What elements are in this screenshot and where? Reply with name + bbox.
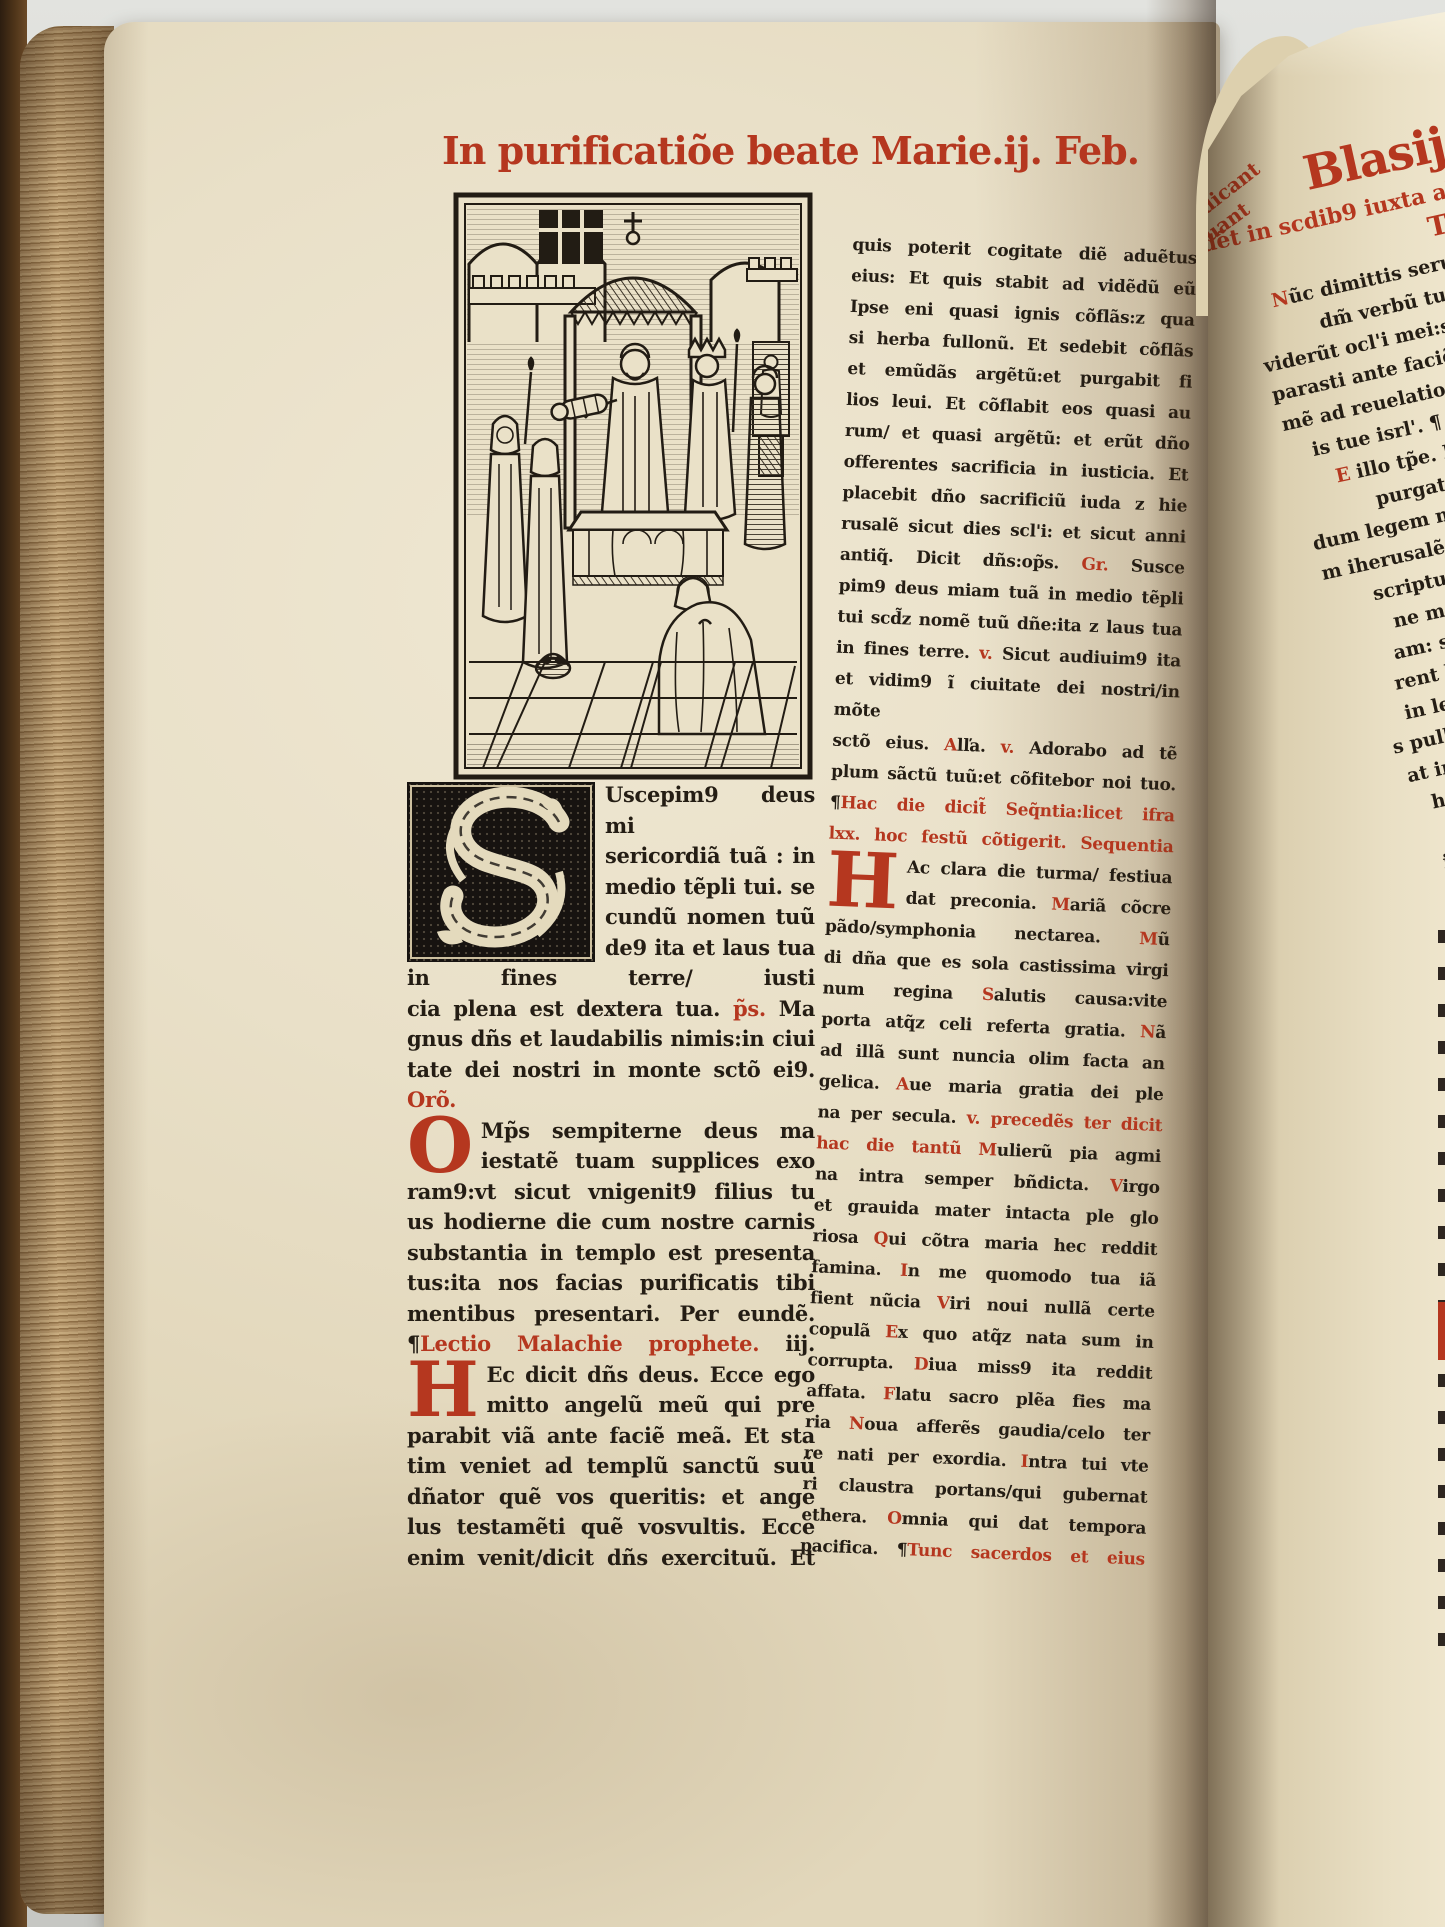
red-initial-o: O xyxy=(407,1116,481,1176)
text-line: dñator quẽ vos queritis: et ange xyxy=(407,1482,815,1513)
text-line: ¶Lectio Malachie prophete. iij. xyxy=(407,1329,815,1360)
lection-heading: ¶Lectio Malachie prophete. iij. xyxy=(407,1329,815,1360)
next-page-text-peek xyxy=(1438,930,1445,1670)
right-column-upper-lines: quis poterit cogitate diẽ aduẽtuseius: E… xyxy=(828,230,1198,863)
page-header: In purificatiõe beate Marie.ij. Feb. xyxy=(442,128,1184,173)
lection-paragraph: H Ec dicit dñs deus. Ecce egomitto angel… xyxy=(407,1360,815,1574)
sequence-paragraph: H Ac clara die turma/ festiuadat preconi… xyxy=(800,850,1173,1576)
book-photo: In purificatiõe beate Marie.ij. Feb. xyxy=(0,0,1445,1927)
introit-paragraph: Uscepim9 deus misericordiã tuã : inmedio… xyxy=(407,780,815,1116)
red-initial-h: H xyxy=(407,1360,487,1420)
oration-paragraph: O Mp̃s sempiterne deus maiestatẽ tuam su… xyxy=(407,1116,815,1330)
right-column: quis poterit cogitate diẽ aduẽtuseius: E… xyxy=(800,230,1198,1576)
left-column: Uscepim9 deus misericordiã tuã : inmedio… xyxy=(407,780,815,1573)
left-page: In purificatiõe beate Marie.ij. Feb. xyxy=(104,22,1220,1927)
right-page-fragments: Nũc dimittis seruũ tuũ dñe:dm̃ verbũ tuu… xyxy=(1208,223,1445,1517)
text-line: us hodierne die cum nostre carnis xyxy=(407,1207,815,1238)
right-page-edge: Blasij epi dẽt in scdib9 iuxta altare pr… xyxy=(1208,0,1445,1927)
page-block-fore-edge xyxy=(20,26,114,1914)
text-line: mentibus presentari. Per eundẽ. xyxy=(407,1299,815,1330)
sequence-lines: Ac clara die turma/ festiuadat preconia.… xyxy=(800,850,1173,1576)
right-page-text: Blasij epi dẽt in scdib9 iuxta altare pr… xyxy=(1208,96,1445,1516)
decorated-initial-s xyxy=(407,782,595,962)
text-line: tus:ita nos facias purificatis tibi xyxy=(407,1268,815,1299)
text-line: substantia in templo est presenta xyxy=(407,1238,815,1269)
woodcut-presentation-in-temple xyxy=(453,192,813,780)
text-line: enim venit/dicit dñs exercituũ. Et xyxy=(407,1543,815,1574)
text-line: tim veniet ad templũ sanctũ suũ xyxy=(407,1451,815,1482)
red-initial-h-sequence: H xyxy=(826,850,908,913)
text-line: ram9:vt sicut vnigenit9 filius tu xyxy=(407,1177,815,1208)
text-line: in fines terre/ iusti xyxy=(407,963,815,994)
text-line: gnus dñs et laudabilis nimis:in ciui xyxy=(407,1024,815,1055)
text-line: cia plena est dextera tua. p̃s. Ma xyxy=(407,994,815,1025)
text-line: parabit viã ante faciẽ meã. Et sta xyxy=(407,1421,815,1452)
text-line: lus testamẽti quẽ vosvultis. Ecce xyxy=(407,1512,815,1543)
